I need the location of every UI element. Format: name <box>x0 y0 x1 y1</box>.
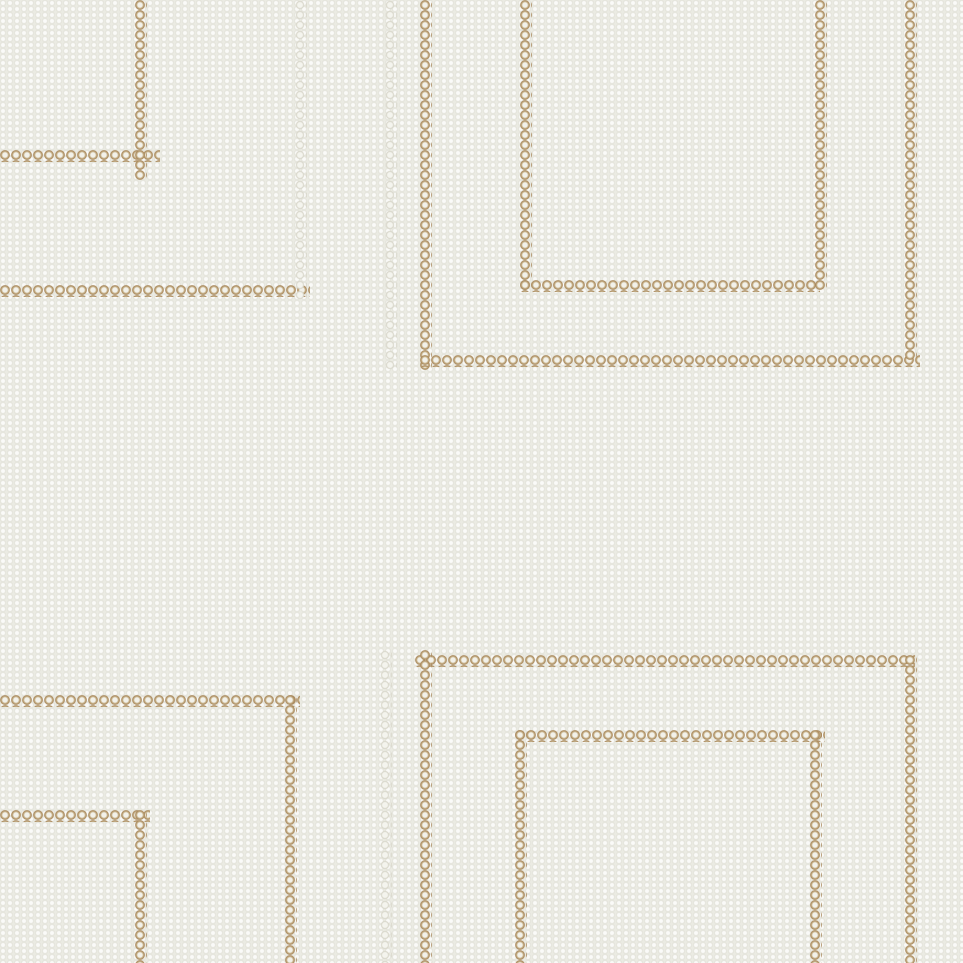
pattern-line <box>0 810 150 822</box>
pattern-line <box>515 730 825 742</box>
pattern-line <box>420 355 920 367</box>
pattern-line <box>135 0 147 180</box>
carpet-texture-image <box>0 0 963 963</box>
pattern-line <box>905 655 917 963</box>
pattern-line <box>380 650 392 963</box>
pattern-line <box>285 695 297 963</box>
pattern-line <box>420 650 432 963</box>
pattern-line <box>815 0 827 290</box>
pattern-line <box>515 730 527 963</box>
pattern-line <box>520 0 532 290</box>
pattern-line <box>0 695 300 707</box>
pattern-line <box>295 0 307 300</box>
pattern-line <box>810 730 822 963</box>
pattern-line <box>905 0 917 360</box>
pattern-line <box>0 285 310 297</box>
pattern-line <box>520 280 820 292</box>
pattern-line <box>385 0 397 370</box>
pattern-line <box>135 810 147 963</box>
pattern-line <box>420 0 432 370</box>
pattern-line <box>415 655 915 667</box>
